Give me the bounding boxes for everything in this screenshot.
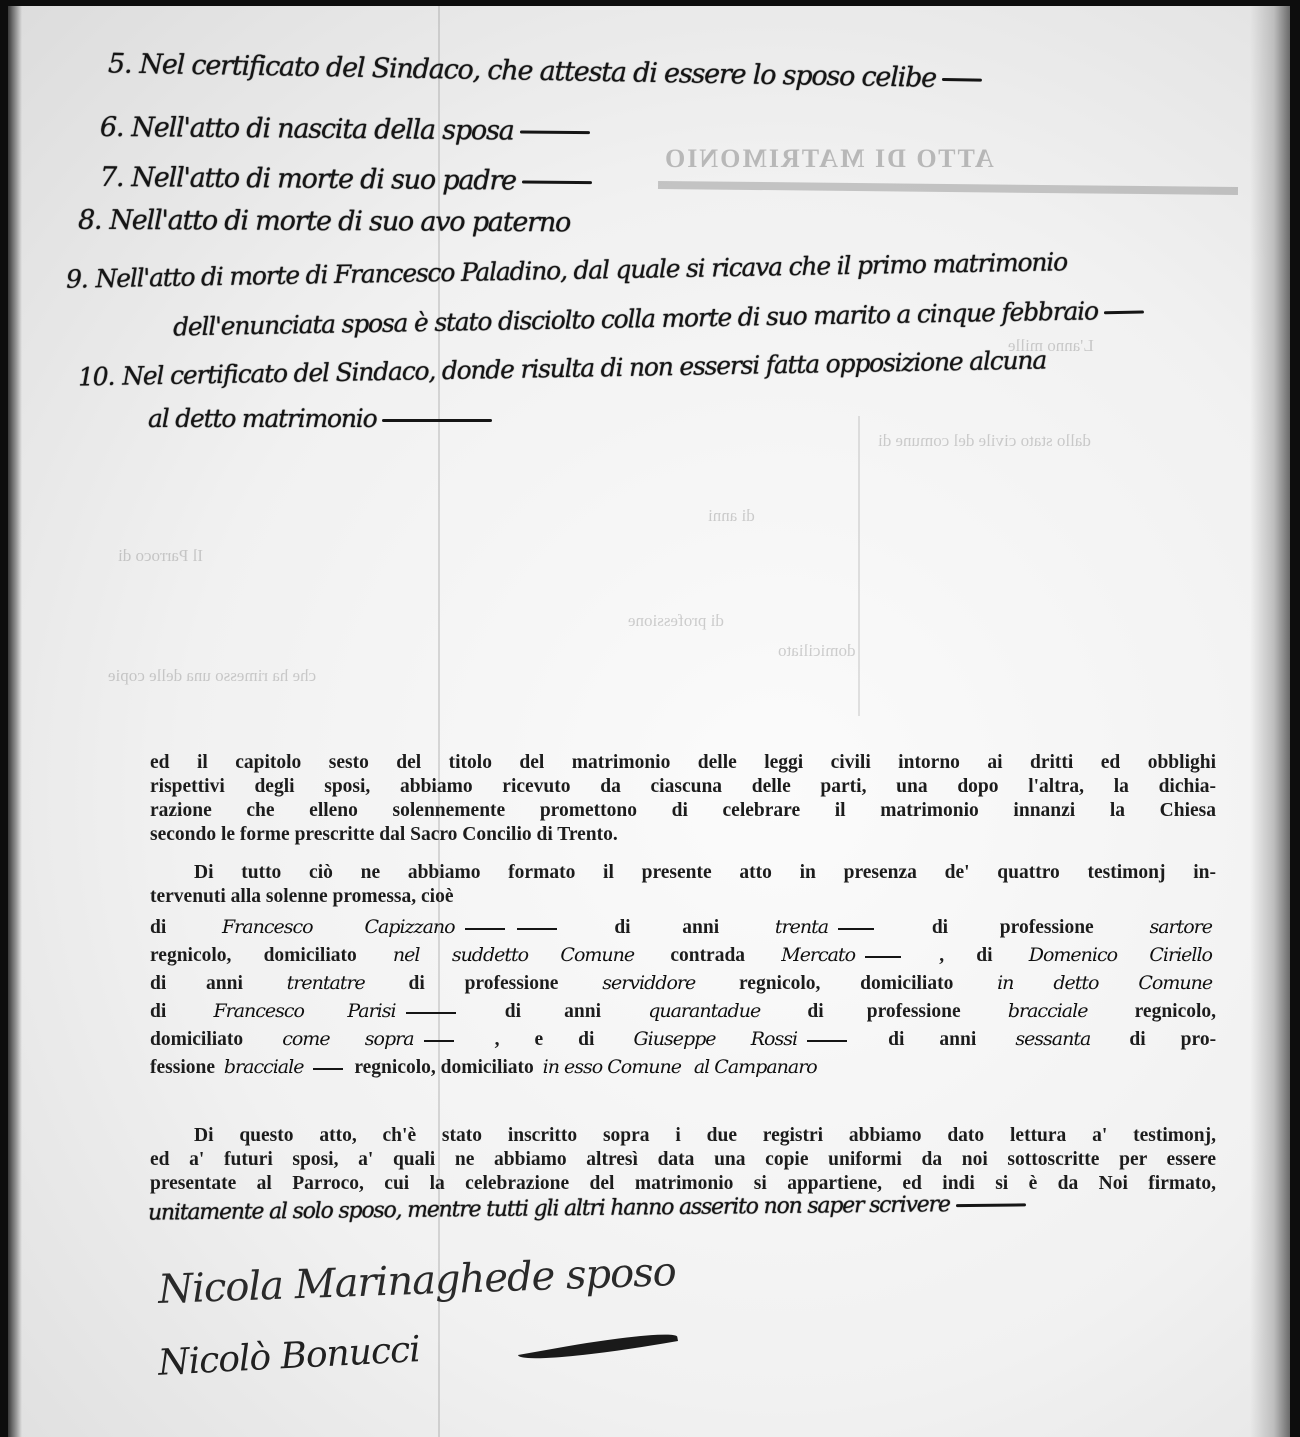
witness-3-domicile: come sopra: [278, 1028, 417, 1050]
bleed-through-text: di professione: [628, 611, 724, 631]
witness-1-name: Francesco Capizzano: [218, 916, 459, 938]
handwritten-item-continuation: al detto matrimonio: [148, 404, 492, 433]
signature-groom: Nicola Marinaghede sposo: [157, 1249, 676, 1313]
witness-2-age: trentatre: [283, 972, 369, 994]
page-fold: [858, 416, 860, 716]
witness-1-street: Mercato: [777, 944, 859, 966]
printed-paragraph-3: Di questo atto, ch'è stato inscritto sop…: [150, 1124, 1216, 1196]
signature-officer: Nicolò Bonucci: [157, 1329, 421, 1384]
witness-4-name: Giuseppe Rossi: [629, 1028, 801, 1050]
witness-2-name: Domenico Ciriello: [1025, 944, 1216, 966]
witness-3-name: Francesco Parisi: [209, 1000, 399, 1022]
bleed-through-rule: [658, 181, 1238, 195]
bleed-through-text: dallo stato civile del comune di: [878, 431, 1091, 451]
handwritten-item: 6.Nell'atto di nascita della sposa: [100, 112, 590, 147]
witness-3-age: quarantadue: [644, 1000, 764, 1022]
printed-paragraph-2: Di tutto ciò ne abbiamo formato il prese…: [150, 861, 1216, 909]
bleed-through-text: che ha rimesso una delle copie: [108, 666, 316, 686]
bleed-through-title: ATTO DI MATRIMONIO: [663, 144, 994, 174]
witness-block: di Francesco Capizzano di anni trenta di…: [150, 914, 1216, 1082]
witness-2-profession: serviddore: [598, 972, 699, 994]
witness-4-domicile: in esso Comune: [539, 1056, 685, 1078]
witness-line: fessione bracciale regnicolo, domiciliat…: [150, 1054, 1216, 1082]
bleed-through-text: Il Parroco di: [118, 546, 203, 566]
handwritten-item: 9.Nell'atto di morte di Francesco Paladi…: [66, 247, 1067, 293]
witness-1-profession: sartore: [1145, 916, 1216, 938]
witness-4-street: al Campanaro: [690, 1056, 821, 1078]
handwritten-item: 7.Nell'atto di morte di suo padre: [100, 162, 592, 197]
witness-3-profession: bracciale: [1004, 1000, 1092, 1022]
witness-4-age: sessanta: [1011, 1028, 1094, 1050]
bleed-through-text: domiciliato: [778, 641, 855, 661]
handwritten-item: 10.Nel certificato del Sindaco, donde ri…: [78, 346, 1046, 392]
page-edge-left: [8, 6, 22, 1437]
witness-1-domicile: nel suddetto Comune: [389, 944, 638, 966]
document-page: ATTO DI MATRIMONIO L'anno mille dallo st…: [8, 6, 1290, 1437]
witness-line: regnicolo, domiciliato nel suddetto Comu…: [150, 942, 1216, 970]
signature-flourish: [518, 1327, 678, 1369]
handwritten-item-continuation: dell'enunciata sposa è stato disciolto c…: [173, 296, 1144, 342]
witness-line: domiciliato come sopra , e di Giuseppe R…: [150, 1026, 1216, 1054]
witness-line: di anni trentatre di professione servidd…: [150, 970, 1216, 998]
witness-line: di Francesco Parisi di anni quarantadue …: [150, 998, 1216, 1026]
witness-4-profession: bracciale: [220, 1056, 308, 1078]
handwritten-item: 8.Nell'atto di morte di suo avo paterno: [78, 205, 570, 239]
printed-paragraph-1: ed il capitolo sesto del titolo del matr…: [150, 751, 1216, 847]
witness-1-age: trenta: [771, 916, 832, 938]
bleed-through-text: di anni: [708, 506, 755, 526]
witness-2-domicile: in detto Comune: [993, 972, 1216, 994]
handwritten-item: 5.Nel certificato del Sindaco, che attes…: [108, 48, 982, 94]
witness-line: di Francesco Capizzano di anni trenta di…: [150, 914, 1216, 942]
page-edge-right: [1250, 6, 1290, 1437]
handwritten-closing: unitamente al solo sposo, mentre tutti g…: [148, 1191, 1026, 1225]
